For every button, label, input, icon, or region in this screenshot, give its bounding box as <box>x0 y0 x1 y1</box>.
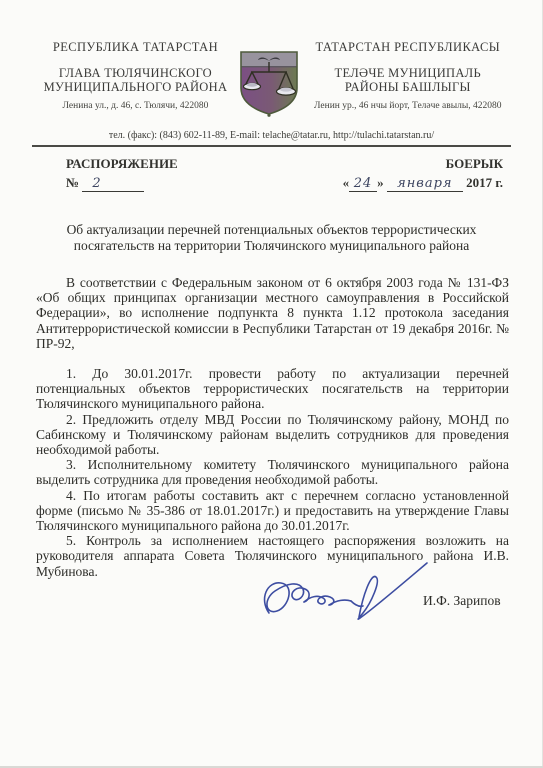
doc-number-label: № <box>66 175 79 190</box>
date-month-handwritten: января <box>397 176 452 191</box>
item-1: 1. До 30.01.2017г. провести работу по ак… <box>36 366 509 412</box>
republic-name-ru: РЕСПУБЛИКА ТАТАРСТАН <box>36 40 235 55</box>
doc-meta-row: РАСПОРЯЖЕНИЕ № 2 БОЕРЫК «24» января 2017… <box>36 156 507 192</box>
doc-type-tat: БОЕРЫК <box>343 156 503 172</box>
org-name-tat-line1: ТЕЛӘЧЕ МУНИЦИПАЛЬ <box>303 66 514 80</box>
doc-type-ru-block: РАСПОРЯЖЕНИЕ № 2 <box>36 156 178 192</box>
item-2: 2. Предложить отделу МВД России по Тюляч… <box>36 412 509 458</box>
signature-block: И.Ф. Зарипов <box>255 555 515 645</box>
date-month-field: января <box>387 175 463 192</box>
date-day-field: 24 <box>349 175 377 192</box>
org-name-tat-line2: РАЙОНЫ БАШЛЫГЫ <box>303 80 514 94</box>
header-divider <box>32 145 511 147</box>
doc-type-tat-block: БОЕРЫК «24» января 2017 г. <box>343 156 507 192</box>
letterhead: РЕСПУБЛИКА ТАТАРСТАН ГЛАВА ТЮЛЯЧИНСКОГО … <box>0 0 543 118</box>
scanned-document-page: РЕСПУБЛИКА ТАТАРСТАН ГЛАВА ТЮЛЯЧИНСКОГО … <box>0 0 543 768</box>
republic-name-tat: ТАТАРСТАН РЕСПУБЛИКАСЫ <box>303 40 514 55</box>
document-body: В соответствии с Федеральным законом от … <box>36 275 509 579</box>
contact-line: тел. (факс): (843) 602-11-89, E-mail: te… <box>0 130 543 141</box>
letterhead-right-block: ТАТАРСТАН РЕСПУБЛИКАСЫ ТЕЛӘЧЕ МУНИЦИПАЛЬ… <box>303 40 514 111</box>
doc-number-field: 2 <box>82 175 144 192</box>
emblem-container <box>235 40 303 118</box>
quote-close: » <box>377 175 384 190</box>
coat-of-arms-icon <box>237 48 301 118</box>
org-name-ru-line1: ГЛАВА ТЮЛЯЧИНСКОГО <box>36 66 235 80</box>
letterhead-left-block: РЕСПУБЛИКА ТАТАРСТАН ГЛАВА ТЮЛЯЧИНСКОГО … <box>36 40 235 111</box>
signer-name: И.Ф. Зарипов <box>423 593 501 609</box>
org-address-tat: Ленин ур., 46 нчы йорт, Теләче авылы, 42… <box>303 101 514 111</box>
doc-number-line: № 2 <box>66 175 178 192</box>
document-title: Об актуализации перечней потенциальных о… <box>46 222 498 253</box>
org-name-ru-line2: МУНИЦИПАЛЬНОГО РАЙОНА <box>36 80 235 94</box>
org-address-ru: Ленина ул., д. 46, с. Тюлячи, 422080 <box>36 101 235 111</box>
item-4: 4. По итогам работы составить акт с пере… <box>36 488 509 534</box>
doc-number-handwritten: 2 <box>92 176 101 191</box>
doc-type-ru: РАСПОРЯЖЕНИЕ <box>66 156 178 172</box>
date-year: 2017 г. <box>466 175 503 190</box>
doc-date-line: «24» января 2017 г. <box>343 175 503 192</box>
intro-paragraph: В соответствии с Федеральным законом от … <box>36 275 509 351</box>
item-3: 3. Исполнительному комитету Тюлячинского… <box>36 457 509 487</box>
ordered-items: 1. До 30.01.2017г. провести работу по ак… <box>36 366 509 579</box>
org-name-tat: ТЕЛӘЧЕ МУНИЦИПАЛЬ РАЙОНЫ БАШЛЫГЫ <box>303 66 514 94</box>
org-name-ru: ГЛАВА ТЮЛЯЧИНСКОГО МУНИЦИПАЛЬНОГО РАЙОНА <box>36 66 235 94</box>
handwritten-signature-icon <box>255 555 445 645</box>
date-day-handwritten: 24 <box>354 176 373 191</box>
